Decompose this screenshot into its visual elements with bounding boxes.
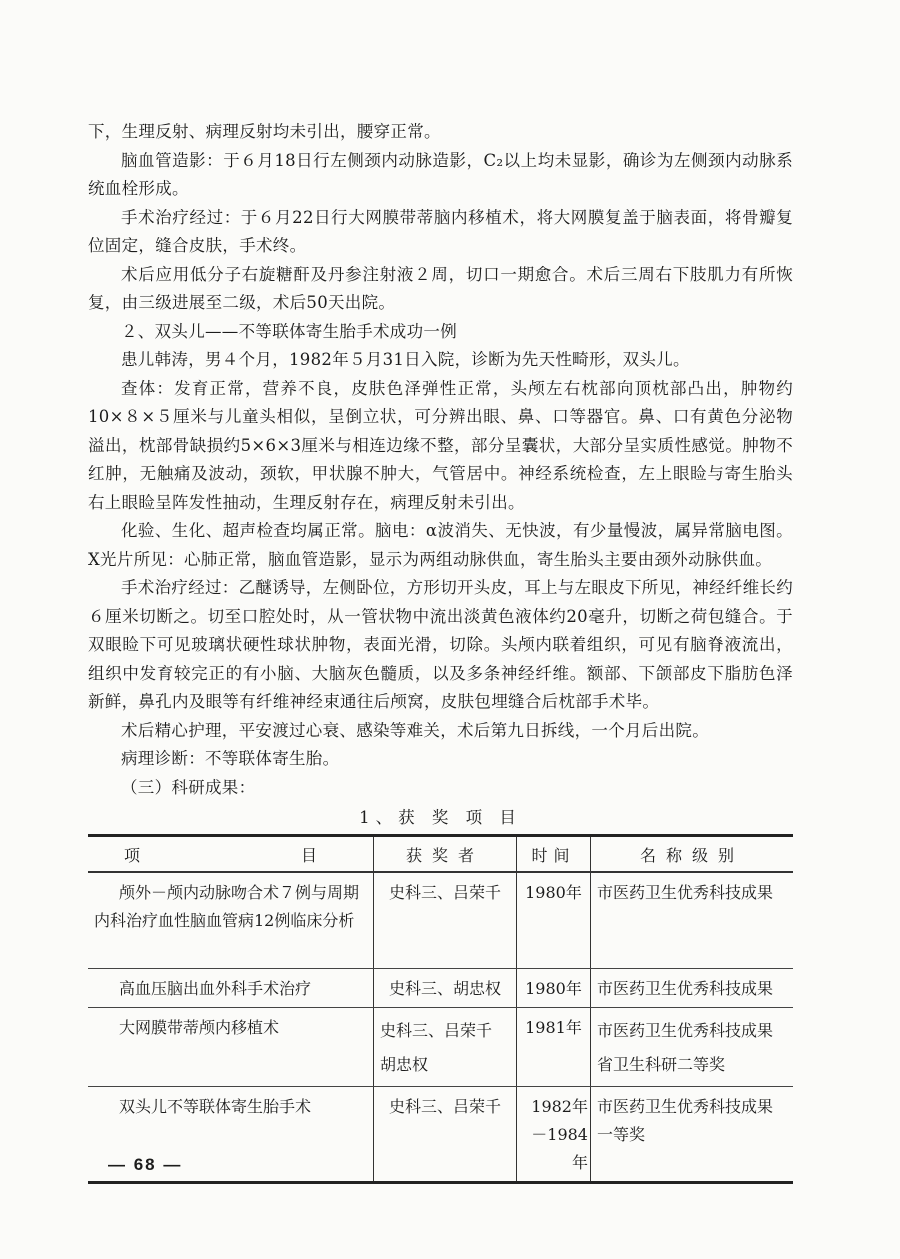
page-number: — 68 —: [108, 1155, 182, 1175]
header-time: 时间: [517, 836, 591, 873]
header-item-left: 项: [124, 843, 140, 866]
table-row: 双头儿不等联体寄生胎手术 史科三、吕荣千 1982年 －1984年 市医药卫生优…: [88, 1086, 793, 1182]
header-item: 项 目: [88, 836, 374, 873]
cell-item: 大网膜带蒂颅内移植术: [88, 1007, 374, 1086]
section-heading-research: （三）科研成果：: [88, 774, 793, 803]
cell-award: 市医药卫生优秀科技成果 一等奖: [591, 1086, 794, 1182]
table-row: 大网膜带蒂颅内移植术 史科三、吕荣千 胡忠权 1981年 市医药卫生优秀科技成果…: [88, 1007, 793, 1086]
cell-winners: 史科三、吕荣千 胡忠权: [374, 1007, 517, 1086]
cell-time: 1980年: [517, 968, 591, 1007]
cell-winners: 史科三、吕荣千: [374, 872, 517, 968]
header-winners: 获奖者: [374, 836, 517, 873]
paragraph-angiography: 脑血管造影：于６月18日行左侧颈内动脉造影，C₂以上均未显影，确诊为左侧颈内动脉…: [88, 147, 793, 204]
cell-item: 高血压脑出血外科手术治疗: [88, 968, 374, 1007]
cell-award: 市医药卫生优秀科技成果 省卫生科研二等奖: [591, 1007, 794, 1086]
paragraph-exam: 查体：发育正常，营养不良，皮肤色泽弹性正常，头颅左右枕部向顶枕部凸出，肿物约10…: [88, 375, 793, 518]
cell-time: 1980年: [517, 872, 591, 968]
cell-time: 1982年 －1984年: [517, 1086, 591, 1182]
paragraph-postop-1: 术后应用低分子右旋糖酐及丹参注射液２周，切口一期愈合。术后三周右下肢肌力有所恢复…: [88, 261, 793, 318]
paragraph-lab: 化验、生化、超声检查均属正常。脑电：α波消失、无快波，有少量慢波，属异常脑电图。…: [88, 517, 793, 574]
cell-award: 市医药卫生优秀科技成果: [591, 968, 794, 1007]
header-item-right: 目: [301, 843, 317, 866]
table-title: 1、获 奖 项 目: [88, 804, 793, 828]
cell-item: 颅外－颅内动脉吻合术７例与周期内科治疗血性脑血管病12例临床分析: [88, 872, 374, 968]
table-row: 颅外－颅内动脉吻合术７例与周期内科治疗血性脑血管病12例临床分析 史科三、吕荣千…: [88, 872, 793, 968]
table-row: 高血压脑出血外科手术治疗 史科三、胡忠权 1980年 市医药卫生优秀科技成果: [88, 968, 793, 1007]
paragraph-patient: 患儿韩涛，男４个月，1982年５月31日入院，诊断为先天性畸形，双头儿。: [88, 346, 793, 375]
header-award: 名称级别: [591, 836, 794, 873]
case-heading: ２、双头儿——不等联体寄生胎手术成功一例: [88, 318, 793, 347]
cell-winners: 史科三、吕荣千: [374, 1086, 517, 1182]
paragraph-pathology: 病理诊断：不等联体寄生胎。: [88, 745, 793, 774]
paragraph-postop-2: 术后精心护理，平安渡过心衰、感染等难关，术后第九日拆线，一个月后出院。: [88, 717, 793, 746]
cell-winners: 史科三、胡忠权: [374, 968, 517, 1007]
paragraph: 下，生理反射、病理反射均未引出，腰穿正常。: [88, 118, 793, 147]
awards-table: 项 目 获奖者 时间 名称级别 颅外－颅内动脉吻合术７例与周期内科治疗血性脑血管…: [88, 834, 793, 1184]
cell-time: 1981年: [517, 1007, 591, 1086]
body-text: 下，生理反射、病理反射均未引出，腰穿正常。 脑血管造影：于６月18日行左侧颈内动…: [88, 118, 793, 802]
cell-award: 市医药卫生优秀科技成果: [591, 872, 794, 968]
paragraph-surgery-1: 手术治疗经过：于６月22日行大网膜带蒂脑内移植术，将大网膜复盖于脑表面，将骨瓣复…: [88, 204, 793, 261]
table-header-row: 项 目 获奖者 时间 名称级别: [88, 836, 793, 873]
paragraph-surgery-2: 手术治疗经过：乙醚诱导，左侧卧位，方形切开头皮，耳上与左眼皮下所见，神经纤维长约…: [88, 574, 793, 717]
